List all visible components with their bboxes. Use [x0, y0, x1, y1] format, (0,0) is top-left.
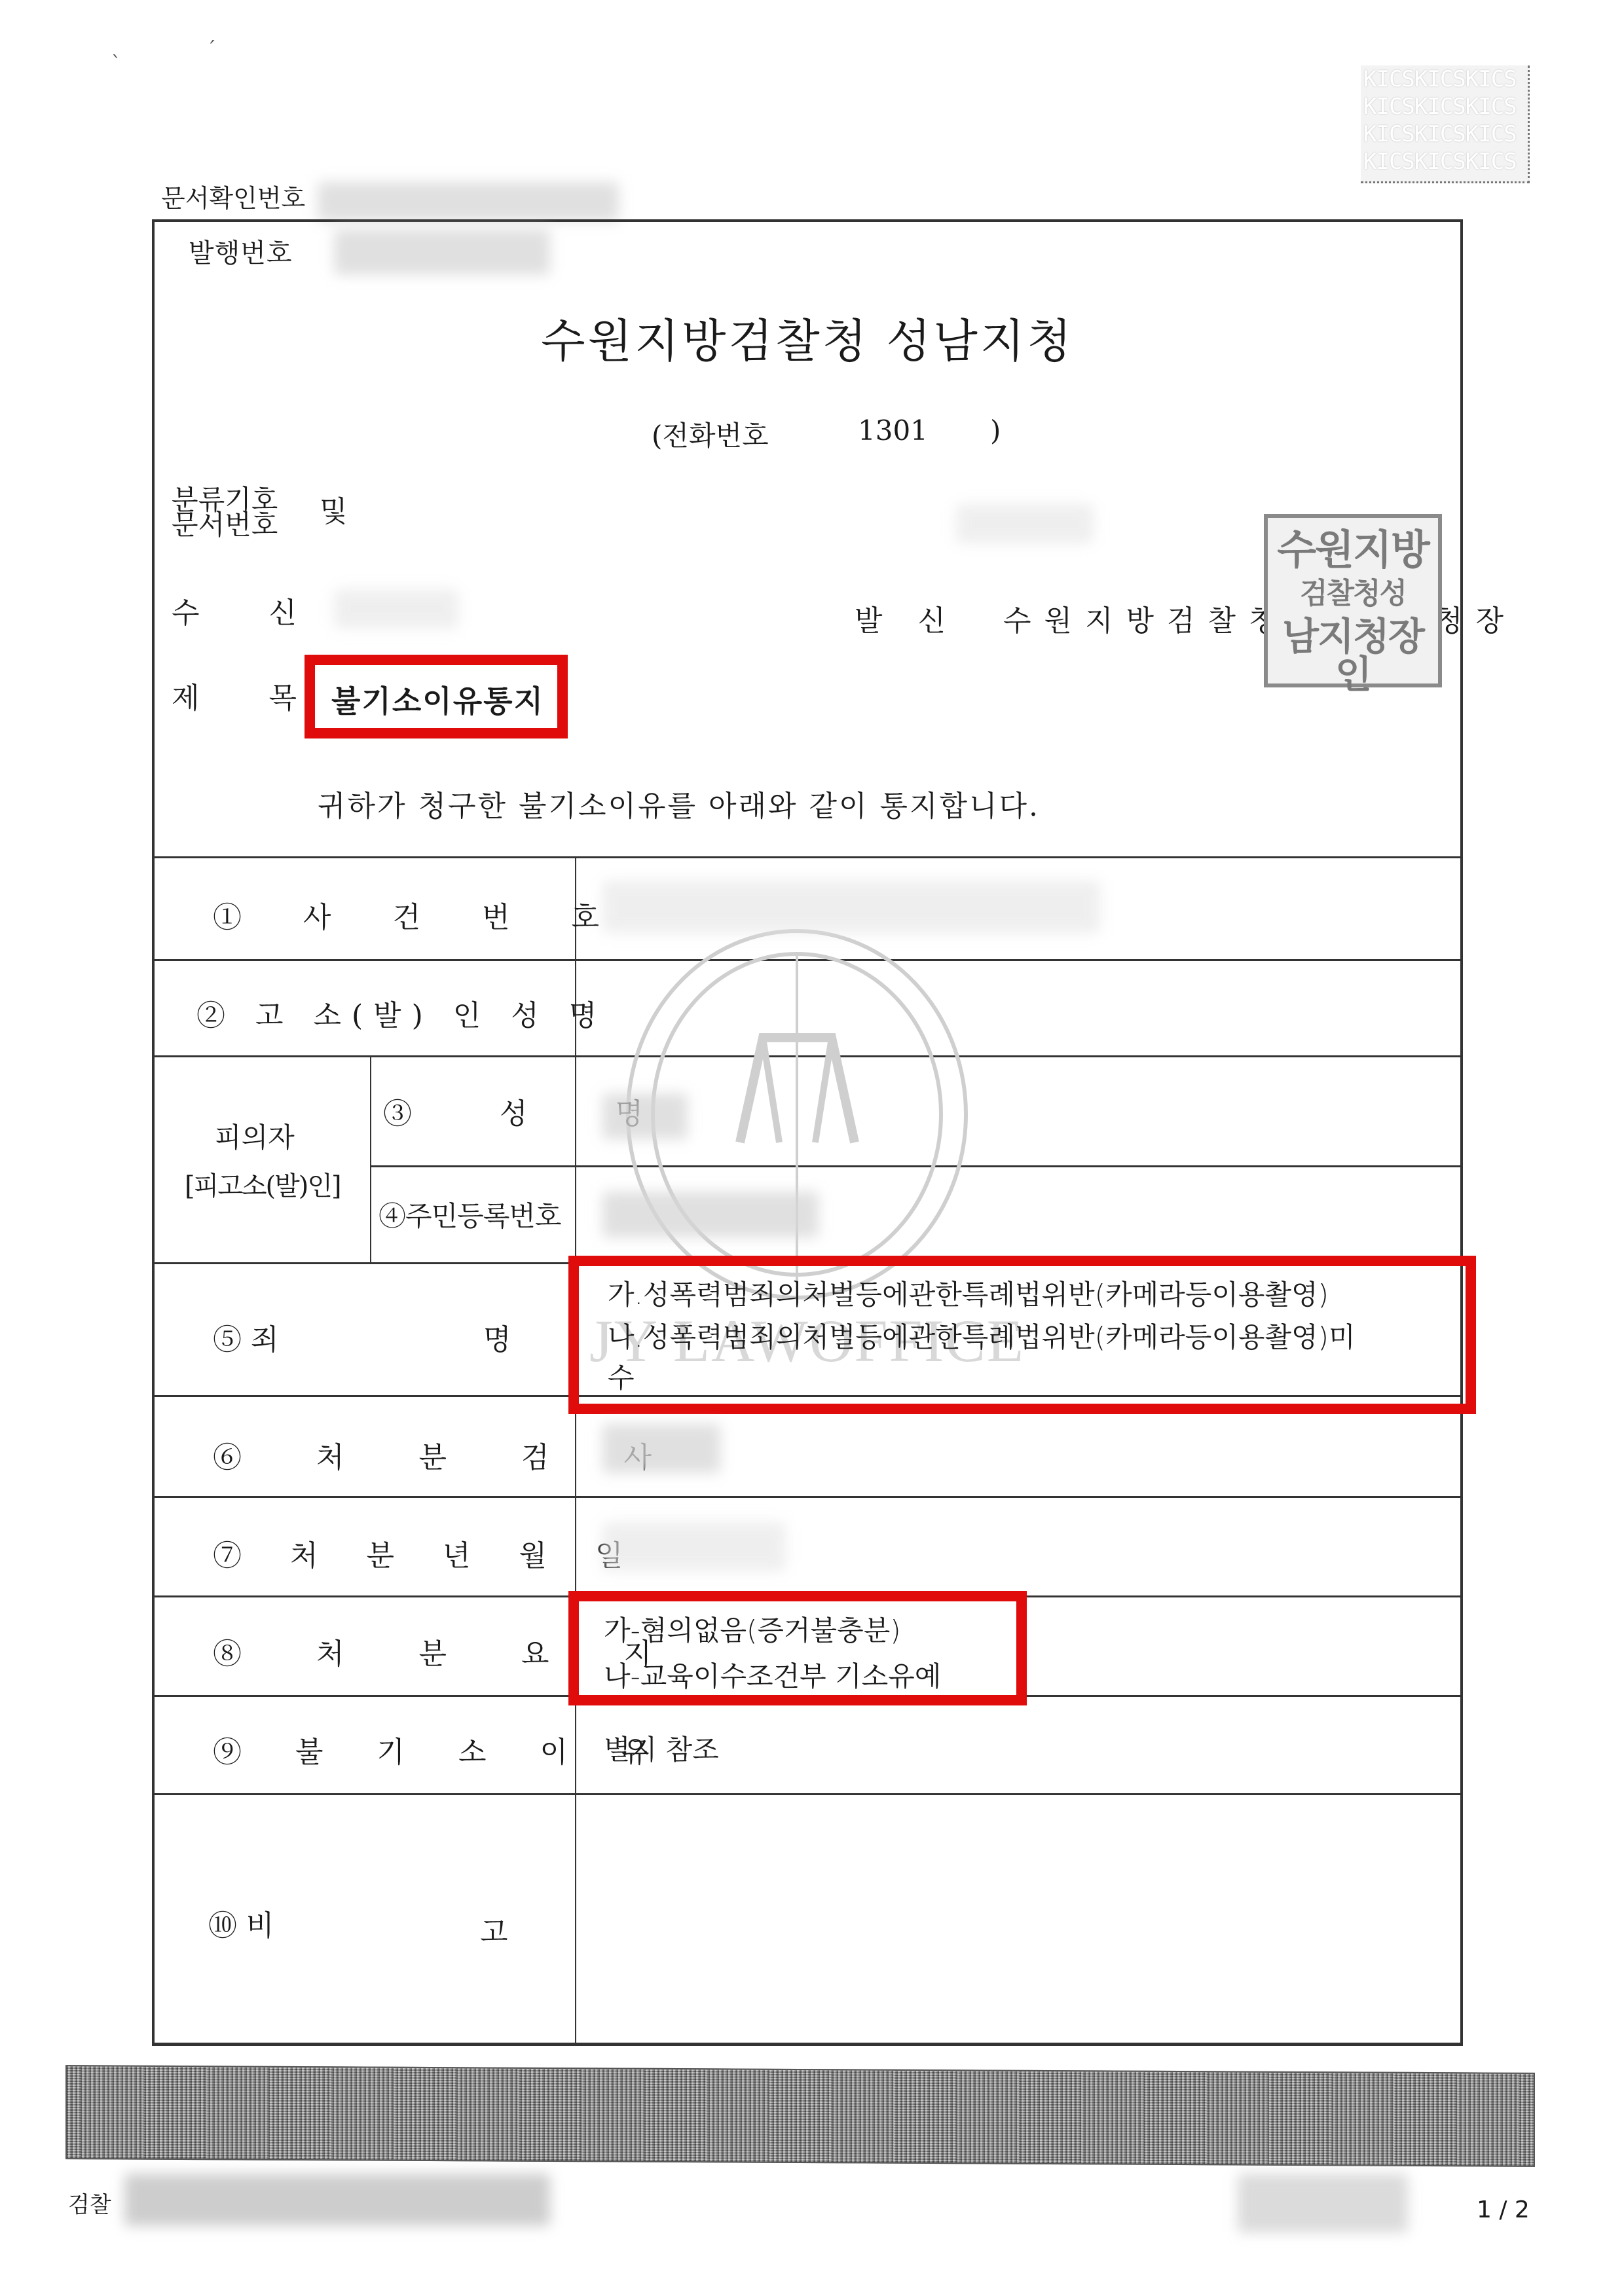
row-divider — [152, 959, 1463, 961]
table-bottom-border — [152, 2043, 1463, 2046]
doc-confirm-label: 문서확인번호 — [161, 178, 305, 214]
charge-item-b-cont: 수 — [608, 1357, 635, 1396]
footer-redacted-right — [1238, 2174, 1408, 2232]
charge-item-a: 가.성폭력범죄의처벌등에관한특례법위반(카메라등이용촬영) — [608, 1273, 1329, 1313]
prosecutor-redacted — [602, 1424, 720, 1473]
subject-value: 불기소이유통지 — [331, 678, 544, 721]
phone-close: ) — [990, 414, 1001, 446]
scan-speck: ˊ — [206, 38, 216, 61]
issue-number-redacted — [334, 229, 550, 275]
recipient-label: 수 신 — [172, 589, 327, 631]
recipient-redacted — [334, 589, 458, 629]
row-divider — [152, 1055, 1463, 1057]
row-divider — [370, 1165, 1463, 1167]
suspect-group-sublabel: [피고소(발)인] — [185, 1165, 341, 1203]
phone-label: (전화번호 — [652, 414, 769, 454]
non-prosecution-reason-label: ⑨ 불 기 소 이 유 — [213, 1728, 671, 1770]
charge-item-b: 나.성폭력범죄의처벌등에관한특례법위반(카메라등이용촬영)미 — [608, 1316, 1356, 1355]
case-number-redacted — [602, 881, 1100, 933]
remarks-label: ⑩ 비 — [208, 1902, 274, 1944]
resident-number-label: ④주민등록번호 — [378, 1195, 561, 1234]
charge-label: ⑤ 죄 — [213, 1316, 279, 1358]
kics-security-mark: KICSKICSKICS KICSKICSKICS KICSKICSKICS K… — [1361, 65, 1530, 183]
official-seal-stamp: 수원지방 검찰청성 남지청장인 — [1264, 514, 1442, 687]
scan-speck: ˋ — [111, 52, 121, 75]
subject-label: 제 목 — [172, 674, 327, 716]
office-title: 수원지방검찰청 성남지청 — [541, 304, 1074, 371]
table-top-border — [152, 856, 1463, 858]
page-number: 1 / 2 — [1477, 2196, 1530, 2223]
footer-redacted — [124, 2174, 550, 2226]
disposition-date-redacted — [602, 1522, 786, 1571]
row-divider — [152, 1496, 1463, 1498]
disposition-date-label: ⑦ 처 분 년 월 일 — [213, 1532, 642, 1574]
subcolumn-divider — [370, 1055, 371, 1262]
row-divider — [152, 1793, 1463, 1795]
footer-prefix: 검찰 — [68, 2187, 111, 2219]
resident-number-redacted — [602, 1192, 819, 1237]
date-redacted — [956, 504, 1094, 543]
intro-sentence: 귀하가 청구한 불기소이유를 아래와 같이 통지합니다. — [318, 782, 1040, 824]
suspect-name-redacted — [602, 1093, 688, 1139]
non-prosecution-reason-value: 별지 참조 — [604, 1728, 719, 1768]
charge-label-end: 명 — [483, 1316, 511, 1358]
security-barcode — [65, 2065, 1535, 2167]
complainant-name-label: ② 고 소(발) 인 성 명 — [196, 992, 607, 1034]
suspect-group-label: 피의자 — [215, 1116, 295, 1156]
case-number-label: ① 사 건 번 호 — [213, 894, 625, 936]
doc-confirm-number-redacted — [318, 182, 619, 221]
document-frame — [152, 219, 1463, 2046]
classification-label: 분류기호 문서번호 — [172, 488, 278, 538]
phone-number: 1301 — [858, 414, 928, 446]
remarks-label-end: 고 — [480, 1908, 508, 1950]
disposition-item-b: 나-교육이수조건부 기소유예 — [604, 1655, 941, 1694]
disposition-item-a: 가-혐의없음(증거불충분) — [604, 1609, 901, 1649]
issue-number-label: 발행번호 — [189, 232, 293, 270]
classification-and: 및 — [320, 488, 348, 530]
